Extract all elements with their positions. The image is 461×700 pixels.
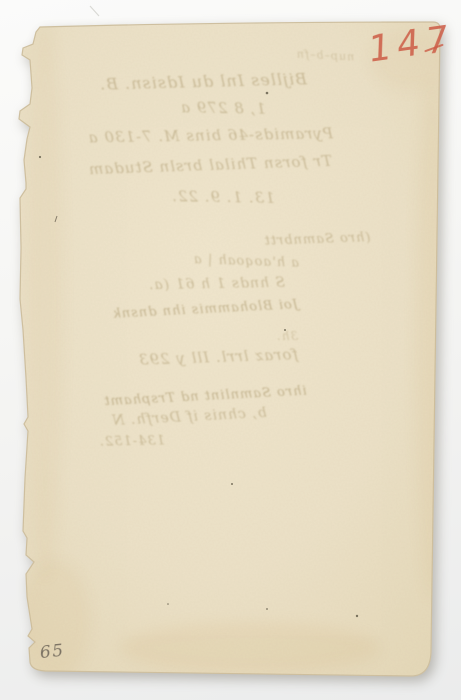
bleedthrough-line: (hro Samnbrtt xyxy=(251,231,383,249)
photo-backdrop: 147 nup–b–fn Bijlles Inl du Idsisn. B. 1… xyxy=(0,0,461,700)
bleedthrough-line: 3h. xyxy=(272,330,302,342)
pencil-page-number: 65 xyxy=(39,643,65,662)
bleedthrough-line: ihro Samnlint nd Trsphamt xyxy=(91,384,319,409)
bleedthrough-line: Bijlles Inl du Idsisn. B. xyxy=(78,71,328,94)
bleedthrough-line: 1, 8 279 a xyxy=(177,100,269,117)
bleedthrough-line: Joi Blohammis ihn dnsnk xyxy=(91,297,319,322)
bleedthrough-line: foraz lrrl. Ill y 293 xyxy=(116,346,320,368)
bleedthrough-line: Tr forsn Thilal brsln Studam xyxy=(68,153,352,178)
bleedthrough-line: nup–b–fn xyxy=(293,48,357,62)
bleedthrough-line: 134-152. xyxy=(103,434,165,448)
bleedthrough-line: 13. 1. 9. 22. xyxy=(168,189,278,206)
bleedthrough-line: a h'aoqoah | a xyxy=(195,253,299,270)
bleedthrough-line: Pyramids-46 bins M. 7-130 a xyxy=(133,126,333,144)
annotations-layer: 147 nup–b–fn Bijlles Inl du Idsisn. B. 1… xyxy=(0,0,461,700)
bleedthrough-line: b, chnis if Derfh. N xyxy=(101,405,277,428)
bleedthrough-line: S hnds 1 h 61 (a. xyxy=(138,276,295,293)
